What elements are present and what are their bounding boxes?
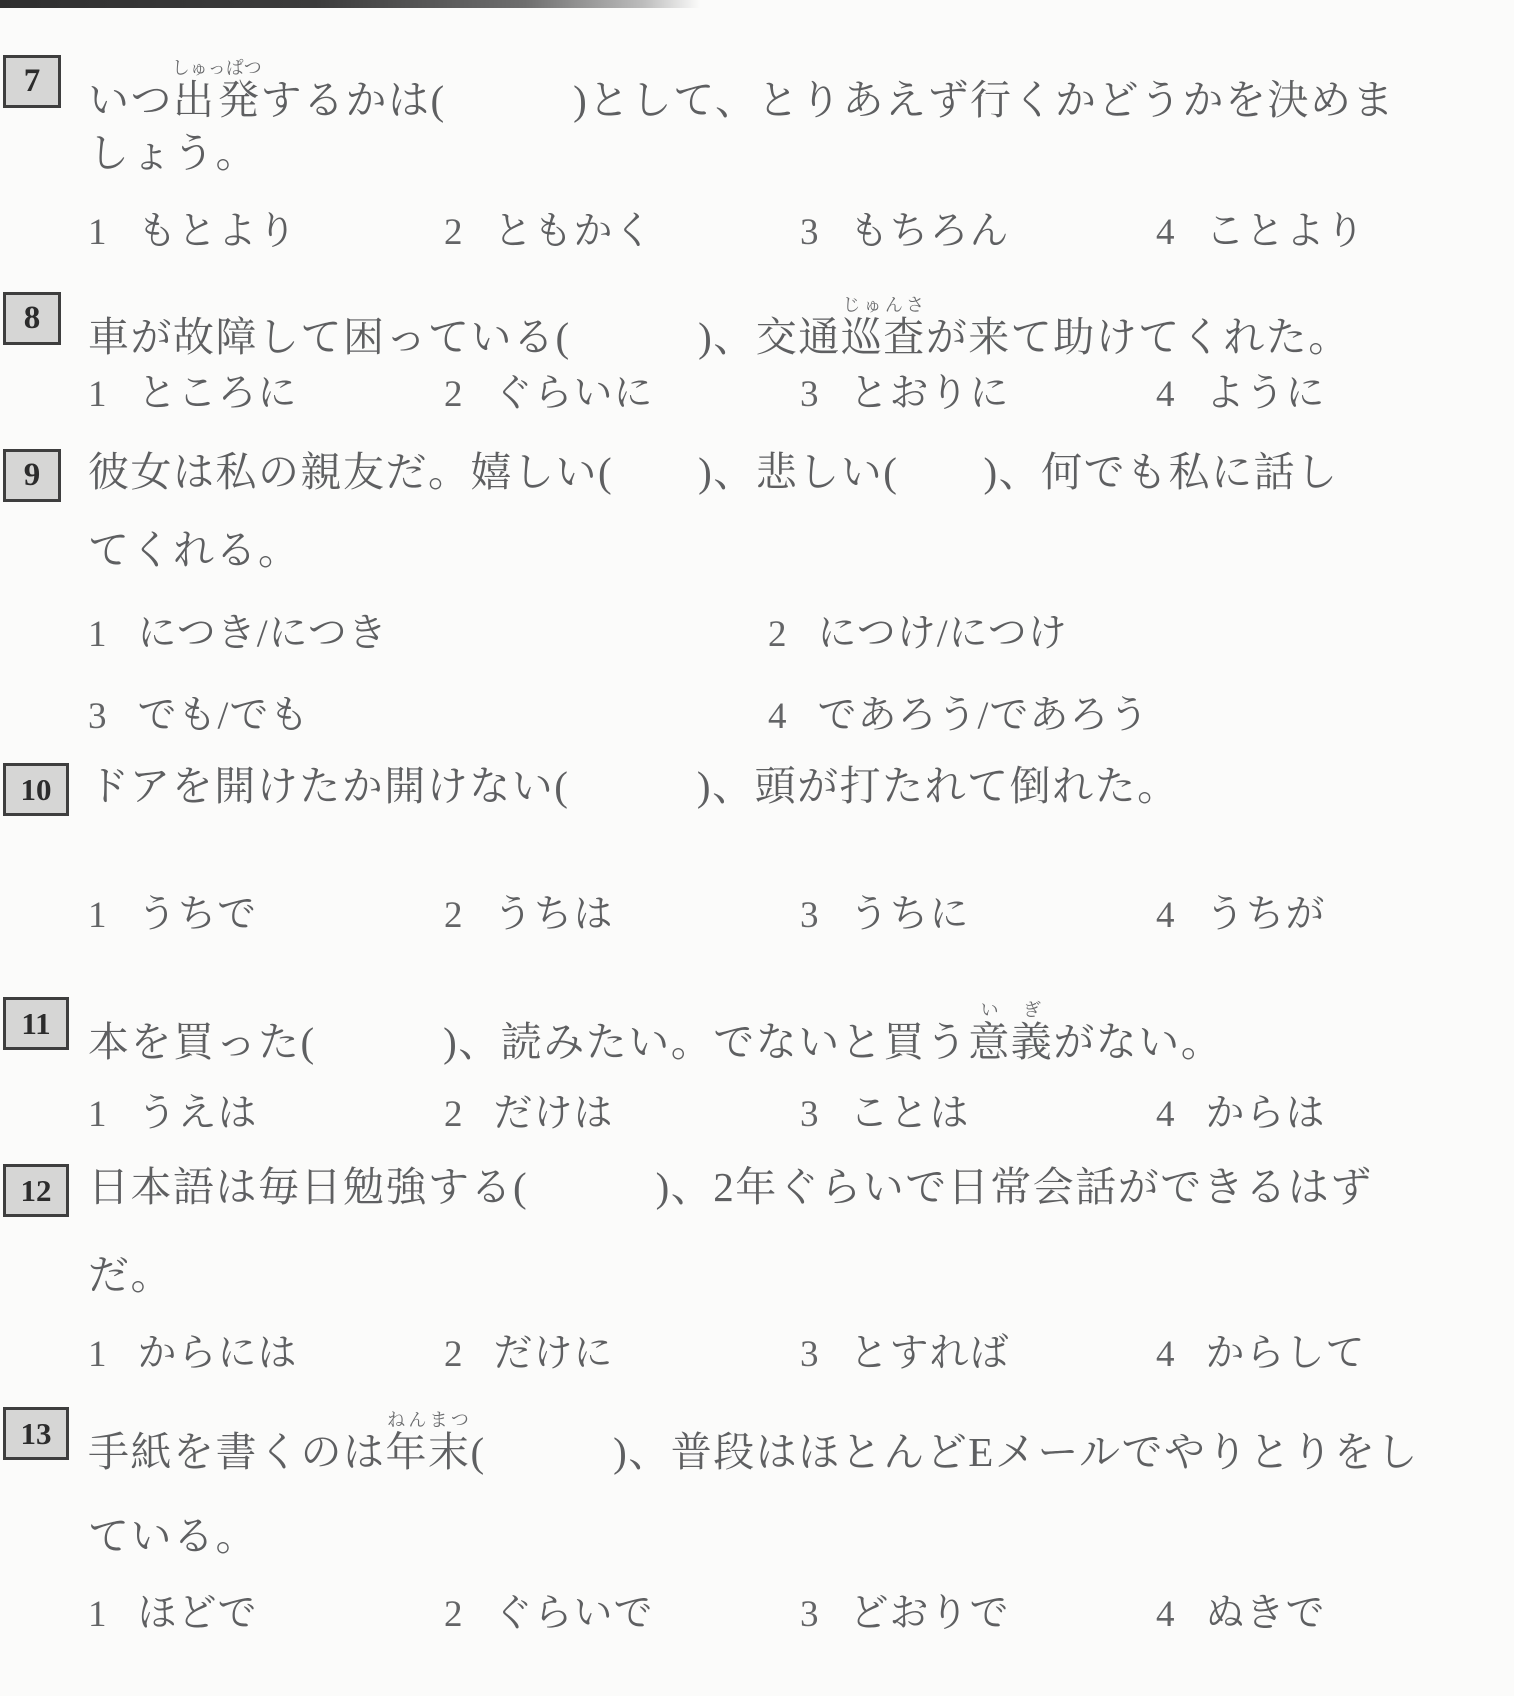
- option-4: 4であろう/であろう: [768, 696, 1149, 735]
- option-3: 3どおりで: [800, 1594, 1156, 1633]
- option-number: 3: [800, 214, 820, 251]
- option-1: 1うえは: [88, 1094, 444, 1133]
- option-text: とおりに: [850, 372, 1010, 415]
- question-stem-line: 7 いつ出発しゅっぱつするかは( )として、とりあえず行くかどうかを決めま: [0, 58, 1514, 121]
- option-number: 4: [1156, 1096, 1176, 1133]
- option-number: 1: [88, 616, 108, 653]
- option-number: 4: [1156, 1596, 1176, 1633]
- option-text: からは: [1206, 1092, 1326, 1135]
- option-1: 1ところに: [88, 374, 444, 413]
- options-row: 1ほどで2ぐらいで3どおりで4ぬきで: [88, 1594, 1326, 1633]
- question-stem-line: 11 本を買った( )、読みたい。でないと買う意義いぎがない。: [0, 1000, 1514, 1063]
- option-text: うちは: [494, 893, 614, 936]
- option-4: 4ことより: [1156, 212, 1366, 251]
- option-number: 1: [88, 214, 108, 251]
- option-number: 2: [444, 1096, 464, 1133]
- option-number: 2: [768, 616, 788, 653]
- question-stem: 車が故障して困っている( )、交通巡査じゅんさが来て助けてくれた。: [88, 295, 1351, 358]
- question-number-badge: 11: [3, 997, 69, 1050]
- options-row: 1もとより2ともかく3もちろん4ことより: [88, 212, 1366, 251]
- question-stem-continuation-line: しょう。: [0, 133, 1514, 174]
- option-3: 3とすれば: [800, 1334, 1156, 1373]
- option-number: 1: [88, 897, 108, 934]
- question-stem: 日本語は毎日勉強する( )、2年ぐらいで日常会話ができるはず: [88, 1167, 1373, 1208]
- option-3: 3もちろん: [800, 212, 1156, 251]
- option-number: 1: [88, 1596, 108, 1633]
- option-2: 2だけに: [444, 1334, 800, 1373]
- option-3: 3とおりに: [800, 374, 1156, 413]
- option-number: 2: [444, 214, 464, 251]
- option-number: 3: [800, 1336, 820, 1373]
- question-stem-continuation: しょう。: [88, 133, 258, 174]
- option-text: でも/でも: [138, 694, 310, 737]
- option-text: うえは: [138, 1092, 258, 1135]
- option-text: ように: [1206, 372, 1326, 415]
- option-number: 2: [444, 897, 464, 934]
- option-text: ことは: [850, 1092, 970, 1135]
- option-number: 3: [800, 897, 820, 934]
- option-text: ぐらいに: [494, 372, 654, 415]
- option-number: 1: [88, 376, 108, 413]
- option-1: 1もとより: [88, 212, 444, 251]
- question-number-badge: 7: [3, 55, 61, 108]
- exam-page: 7 いつ出発しゅっぱつするかは( )として、とりあえず行くかどうかを決めま しょ…: [0, 0, 1514, 1696]
- question-stem-line: 13 手紙を書くのは年末ねんまつ( )、普段はほとんどEメールでやりとりをし: [0, 1410, 1514, 1473]
- option-number: 3: [800, 1596, 820, 1633]
- question-stem: いつ出発しゅっぱつするかは( )として、とりあえず行くかどうかを決めま: [88, 58, 1395, 121]
- option-text: であろう/であろう: [818, 694, 1150, 737]
- options-row: 1からには2だけに3とすれば4からして: [88, 1334, 1366, 1373]
- question-number-badge: 12: [3, 1164, 69, 1217]
- option-text: ことより: [1206, 210, 1366, 253]
- options-row: 1につき/につき2につけ/につけ: [88, 614, 1068, 653]
- option-4: 4ように: [1156, 374, 1326, 413]
- options-row: 3でも/でも4であろう/であろう: [88, 696, 1149, 735]
- option-3: 3うちに: [800, 895, 1156, 934]
- question-stem-continuation: てくれる。: [88, 530, 301, 571]
- question-number-badge: 10: [3, 763, 69, 816]
- options-row: 1うえは2だけは3ことは4からは: [88, 1094, 1326, 1133]
- option-2: 2ともかく: [444, 212, 800, 251]
- option-1: 1からには: [88, 1334, 444, 1373]
- option-number: 4: [768, 698, 788, 735]
- option-number: 4: [1156, 376, 1176, 413]
- option-number: 4: [1156, 214, 1176, 251]
- option-4: 4からして: [1156, 1334, 1366, 1373]
- option-2: 2につけ/につけ: [768, 614, 1068, 653]
- option-text: うちで: [138, 893, 258, 936]
- question-stem-line: 9 彼女は私の親友だ。嬉しい( )、悲しい( )、何でも私に話し: [0, 452, 1514, 493]
- options-row: 1うちで2うちは3うちに4うちが: [88, 895, 1326, 934]
- option-text: につけ/につけ: [818, 612, 1068, 655]
- option-number: 3: [88, 698, 108, 735]
- option-2: 2だけは: [444, 1094, 800, 1133]
- question-number-badge: 9: [3, 449, 61, 502]
- option-number: 1: [88, 1336, 108, 1373]
- option-1: 1うちで: [88, 895, 444, 934]
- question-number-badge: 8: [3, 292, 61, 345]
- option-text: うちが: [1206, 893, 1326, 936]
- option-2: 2うちは: [444, 895, 800, 934]
- option-4: 4うちが: [1156, 895, 1326, 934]
- option-text: ともかく: [494, 210, 654, 253]
- option-number: 1: [88, 1096, 108, 1133]
- question-stem: ドアを開けたか開けない( )、頭が打たれて倒れた。: [88, 766, 1180, 807]
- option-text: どおりで: [850, 1592, 1010, 1635]
- option-text: だけに: [494, 1332, 614, 1375]
- option-text: ぐらいで: [494, 1592, 654, 1635]
- option-2: 2ぐらいで: [444, 1594, 800, 1633]
- question-stem-line: 8 車が故障して困っている( )、交通巡査じゅんさが来て助けてくれた。: [0, 295, 1514, 358]
- option-3: 3でも/でも: [88, 696, 768, 735]
- option-text: だけは: [494, 1092, 614, 1135]
- option-text: とすれば: [850, 1332, 1010, 1375]
- option-1: 1ほどで: [88, 1594, 444, 1633]
- question-stem: 本を買った( )、読みたい。でないと買う意義いぎがない。: [88, 1000, 1223, 1063]
- question-stem: 彼女は私の親友だ。嬉しい( )、悲しい( )、何でも私に話し: [88, 452, 1339, 493]
- question-stem-line: 12 日本語は毎日勉強する( )、2年ぐらいで日常会話ができるはず: [0, 1167, 1514, 1208]
- option-2: 2ぐらいに: [444, 374, 800, 413]
- option-text: ところに: [138, 372, 298, 415]
- option-number: 2: [444, 1596, 464, 1633]
- option-text: ぬきで: [1206, 1592, 1326, 1635]
- option-text: もとより: [138, 210, 298, 253]
- question-stem-continuation-line: ている。: [0, 1516, 1514, 1557]
- option-number: 4: [1156, 897, 1176, 934]
- option-number: 3: [800, 1096, 820, 1133]
- question-stem-continuation-line: だ。: [0, 1255, 1514, 1296]
- option-4: 4ぬきで: [1156, 1594, 1326, 1633]
- option-number: 2: [444, 376, 464, 413]
- option-text: うちに: [850, 893, 970, 936]
- scan-artifact-strip: [0, 0, 700, 8]
- question-stem: 手紙を書くのは年末ねんまつ( )、普段はほとんどEメールでやりとりをし: [88, 1410, 1419, 1473]
- option-text: からして: [1206, 1332, 1366, 1375]
- option-4: 4からは: [1156, 1094, 1326, 1133]
- options-row: 1ところに2ぐらいに3とおりに4ように: [88, 374, 1326, 413]
- option-text: につき/につき: [138, 612, 388, 655]
- option-number: 3: [800, 376, 820, 413]
- question-number-badge: 13: [3, 1407, 69, 1460]
- option-3: 3ことは: [800, 1094, 1156, 1133]
- question-stem-continuation: だ。: [88, 1255, 173, 1296]
- question-stem-continuation: ている。: [88, 1516, 258, 1557]
- question-stem-line: 10 ドアを開けたか開けない( )、頭が打たれて倒れた。: [0, 766, 1514, 807]
- option-number: 4: [1156, 1336, 1176, 1373]
- option-1: 1につき/につき: [88, 614, 768, 653]
- option-text: もちろん: [850, 210, 1010, 253]
- question-stem-continuation-line: てくれる。: [0, 530, 1514, 571]
- option-number: 2: [444, 1336, 464, 1373]
- option-text: からには: [138, 1332, 298, 1375]
- option-text: ほどで: [138, 1592, 258, 1635]
